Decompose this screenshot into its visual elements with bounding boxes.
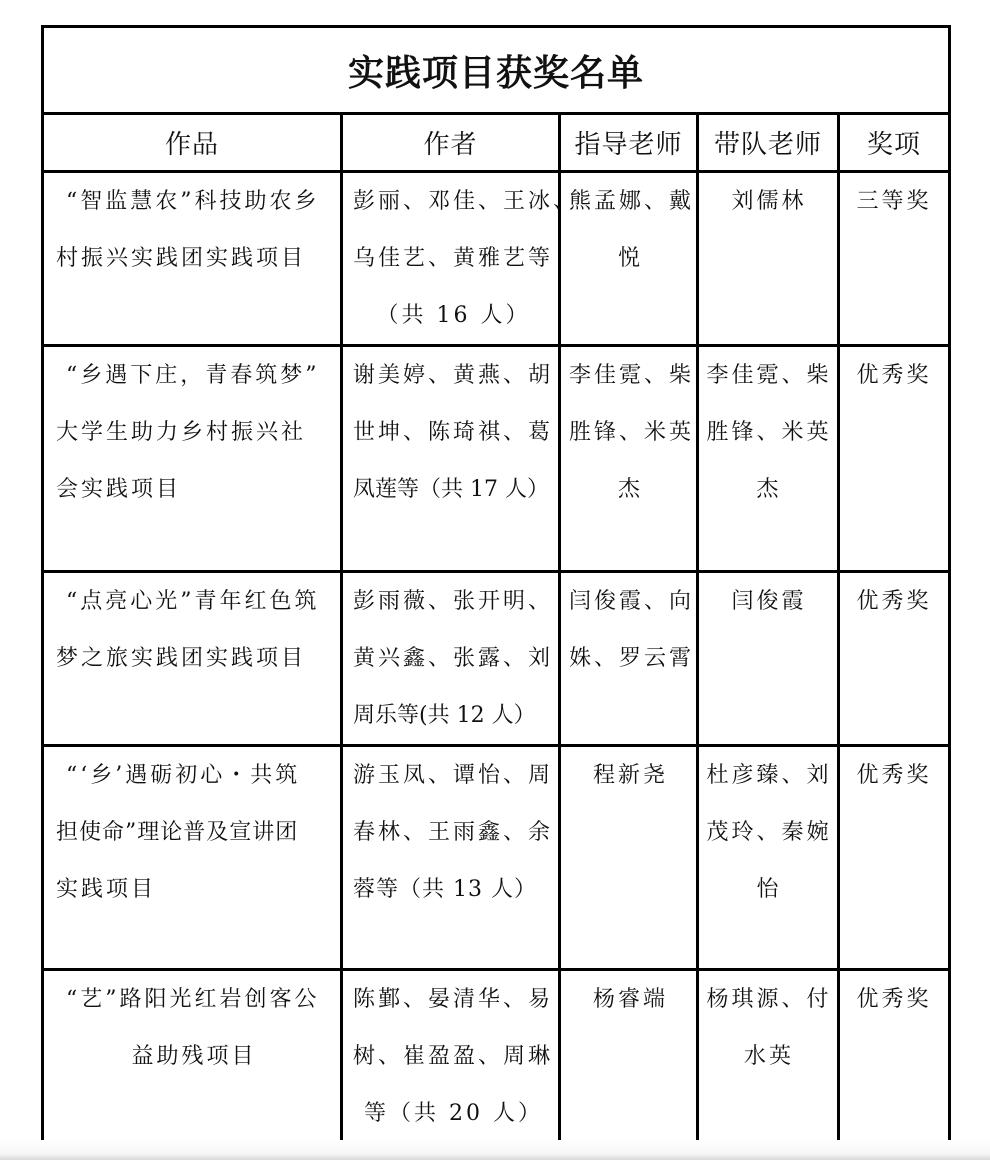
award-cell: 优秀奖	[839, 346, 950, 572]
page-bottom-edge	[0, 1140, 990, 1160]
work-line: 实践项目	[56, 861, 332, 918]
author-line: 世坤、陈琦祺、葛	[353, 404, 554, 461]
authors-cell: 谢美婷、黄燕、胡 世坤、陈琦祺、葛 凤莲等（共 17 人）	[342, 346, 560, 572]
advisor-line: 姝、罗云霄	[569, 630, 692, 687]
work-line: 大学生助力乡村振兴社	[56, 404, 332, 461]
author-line: （共 16 人）	[353, 287, 554, 344]
leader-line: 水英	[705, 1028, 833, 1085]
team-leader-cell: 李佳霓、柴 胜锋、米英 杰	[698, 346, 839, 572]
advisor-cell: 李佳霓、柴 胜锋、米英 杰	[560, 346, 698, 572]
table-row: “点亮心光”青年红色筑 梦之旅实践团实践项目 彭雨薇、张开明、 黄兴鑫、张露、刘…	[43, 572, 950, 746]
author-line: 彭丽、邓佳、王冰、	[353, 173, 554, 230]
advisor-cell: 程新尧	[560, 746, 698, 970]
advisor-line: 杨睿端	[569, 971, 692, 1028]
table-row: “乡遇下庄，青春筑梦” 大学生助力乡村振兴社 会实践项目 谢美婷、黄燕、胡 世坤…	[43, 346, 950, 572]
authors-cell: 彭丽、邓佳、王冰、 乌佳艺、黄雅艺等 （共 16 人）	[342, 172, 560, 346]
authors-cell: 游玉凤、谭怡、周 春林、王雨鑫、余 蓉等（共 13 人）	[342, 746, 560, 970]
column-header-award: 奖项	[839, 114, 950, 172]
work-line: “点亮心光”青年红色筑	[56, 573, 332, 630]
leader-line: 杰	[705, 461, 833, 518]
work-line: 担使命”理论普及宣讲团	[56, 804, 332, 861]
work-line: 益助残项目	[56, 1028, 332, 1085]
work-line: “智监慧农”科技助农乡	[56, 173, 332, 230]
table-row: “‘乡’遇砺初心・共筑 担使命”理论普及宣讲团 实践项目 游玉凤、谭怡、周 春林…	[43, 746, 950, 970]
work-line: “‘乡’遇砺初心・共筑	[56, 747, 332, 804]
advisor-line: 程新尧	[569, 747, 692, 804]
work-line: “乡遇下庄，青春筑梦”	[56, 347, 332, 404]
author-line: 乌佳艺、黄雅艺等	[353, 230, 554, 287]
advisor-line: 杰	[569, 461, 692, 518]
column-header-team-leader: 带队老师	[698, 114, 839, 172]
team-leader-cell: 杜彦臻、刘 茂玲、秦婉 怡	[698, 746, 839, 970]
team-leader-cell: 闫俊霞	[698, 572, 839, 746]
leader-line: 怡	[705, 861, 833, 918]
work-cell: “乡遇下庄，青春筑梦” 大学生助力乡村振兴社 会实践项目	[43, 346, 342, 572]
work-cell: “艺”路阳光红岩创客公 益助残项目	[43, 970, 342, 1144]
authors-cell: 彭雨薇、张开明、 黄兴鑫、张露、刘 周乐等(共 12 人）	[342, 572, 560, 746]
author-line: 等（共 20 人）	[353, 1085, 554, 1142]
advisor-line: 李佳霓、柴	[569, 347, 692, 404]
leader-line: 闫俊霞	[705, 573, 833, 630]
work-line: 梦之旅实践团实践项目	[56, 630, 332, 687]
leader-line: 刘儒林	[705, 173, 833, 230]
author-line: 彭雨薇、张开明、	[353, 573, 554, 630]
leader-line: 李佳霓、柴	[705, 347, 833, 404]
leader-line: 胜锋、米英	[705, 404, 833, 461]
team-leader-cell: 杨琪源、付 水英	[698, 970, 839, 1144]
leader-line: 杜彦臻、刘	[705, 747, 833, 804]
author-line: 周乐等(共 12 人）	[353, 687, 554, 744]
award-cell: 三等奖	[839, 172, 950, 346]
column-header-authors: 作者	[342, 114, 560, 172]
table-row: “智监慧农”科技助农乡 村振兴实践团实践项目 彭丽、邓佳、王冰、 乌佳艺、黄雅艺…	[43, 172, 950, 346]
work-line: “艺”路阳光红岩创客公	[56, 971, 332, 1028]
author-line: 凤莲等（共 17 人）	[353, 461, 554, 518]
author-line: 春林、王雨鑫、余	[353, 804, 554, 861]
work-cell: “‘乡’遇砺初心・共筑 担使命”理论普及宣讲团 实践项目	[43, 746, 342, 970]
header-row: 作品 作者 指导老师 带队老师 奖项	[43, 114, 950, 172]
author-line: 游玉凤、谭怡、周	[353, 747, 554, 804]
table-row: “艺”路阳光红岩创客公 益助残项目 陈鄞、晏清华、易 树、崔盈盈、周琳 等（共 …	[43, 970, 950, 1144]
author-line: 蓉等（共 13 人）	[353, 861, 554, 918]
work-line: 村振兴实践团实践项目	[56, 230, 332, 287]
column-header-advisor: 指导老师	[560, 114, 698, 172]
advisor-cell: 闫俊霞、向 姝、罗云霄	[560, 572, 698, 746]
author-line: 黄兴鑫、张露、刘	[353, 630, 554, 687]
team-leader-cell: 刘儒林	[698, 172, 839, 346]
work-cell: “点亮心光”青年红色筑 梦之旅实践团实践项目	[43, 572, 342, 746]
leader-line: 茂玲、秦婉	[705, 804, 833, 861]
column-header-work: 作品	[43, 114, 342, 172]
advisor-line: 悦	[569, 230, 692, 287]
table-title: 实践项目获奖名单	[43, 27, 950, 114]
authors-cell: 陈鄞、晏清华、易 树、崔盈盈、周琳 等（共 20 人）	[342, 970, 560, 1144]
award-cell: 优秀奖	[839, 572, 950, 746]
work-cell: “智监慧农”科技助农乡 村振兴实践团实践项目	[43, 172, 342, 346]
award-list-table: 实践项目获奖名单 作品 作者 指导老师 带队老师 奖项 “智监慧农”科技助农乡 …	[41, 25, 951, 1145]
author-line: 陈鄞、晏清华、易	[353, 971, 554, 1028]
work-line: 会实践项目	[56, 461, 332, 518]
award-cell: 优秀奖	[839, 970, 950, 1144]
award-cell: 优秀奖	[839, 746, 950, 970]
author-line: 谢美婷、黄燕、胡	[353, 347, 554, 404]
advisor-cell: 杨睿端	[560, 970, 698, 1144]
author-line: 树、崔盈盈、周琳	[353, 1028, 554, 1085]
advisor-cell: 熊孟娜、戴 悦	[560, 172, 698, 346]
leader-line: 杨琪源、付	[705, 971, 833, 1028]
advisor-line: 熊孟娜、戴	[569, 173, 692, 230]
advisor-line: 闫俊霞、向	[569, 573, 692, 630]
advisor-line: 胜锋、米英	[569, 404, 692, 461]
